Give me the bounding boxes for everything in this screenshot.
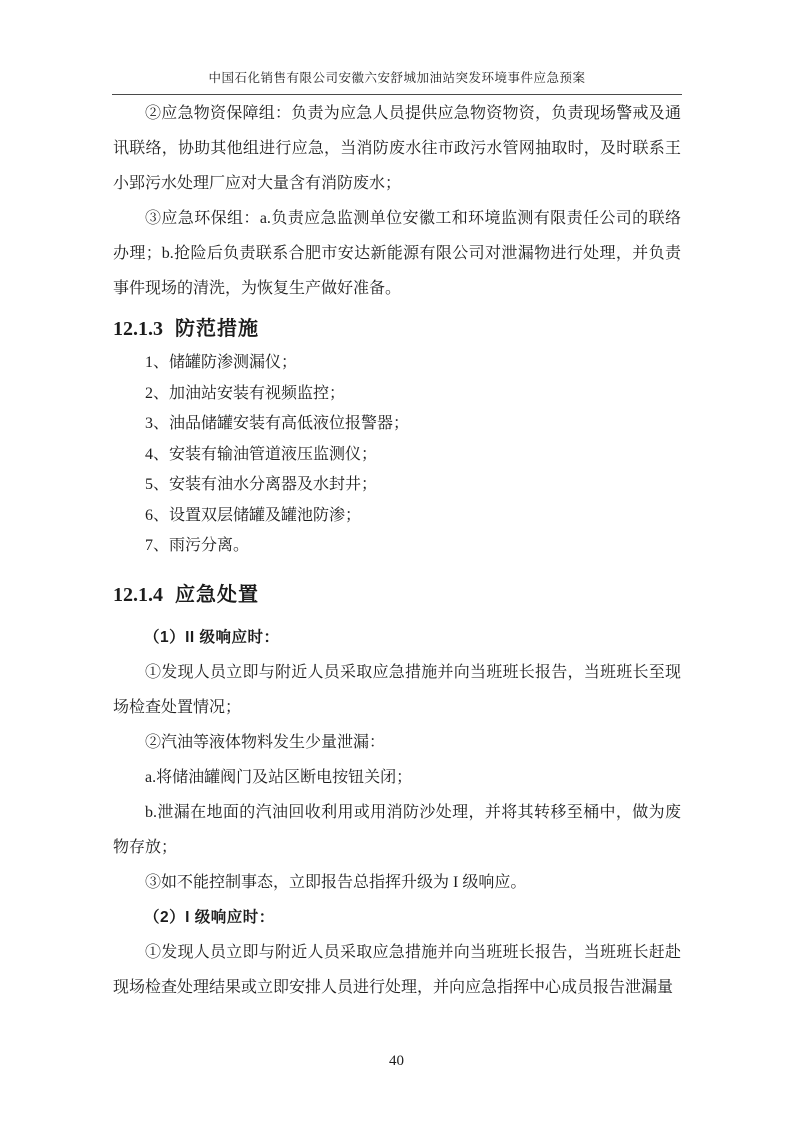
prevention-item: 4、安装有输油管道液压监测仪； [113,440,681,471]
section-number: 12.1.3 [113,318,163,340]
page-number: 40 [0,1053,793,1070]
document-page: 中国石化销售有限公司安徽六安舒城加油站突发环境事件应急预案 ②应急物资保障组：负… [0,0,793,1122]
prevention-item: 2、加油站安装有视频监控； [113,379,681,410]
para-level-i-step-1: ①发现人员立即与附近人员采取应急措施并向当班班长报告，当班班长赶赴现场检查处理结… [113,935,681,1005]
prevention-item: 1、储罐防渗测漏仪； [113,348,681,379]
prevention-item: 6、设置双层储罐及罐池防渗； [113,501,681,532]
para-level-ii-step-1: ①发现人员立即与附近人员采取应急措施并向当班班长报告，当班班长至现场检查处置情况… [113,655,681,725]
section-heading-12-1-4: 12.1.4 应急处置 [113,582,681,608]
para-level-ii-step-3: ③如不能控制事态，立即报告总指挥升级为 I 级响应。 [113,865,681,900]
para-level-ii-step-2b: b.泄漏在地面的汽油回收利用或用消防沙处理，并将其转移至桶中，做为废物存放； [113,795,681,865]
section-title: 应急处置 [175,584,259,606]
prevention-item: 7、雨污分离。 [113,531,681,562]
para-emergency-supplies-team: ②应急物资保障组：负责为应急人员提供应急物资物资，负责现场警戒及通讯联络，协助其… [113,96,681,201]
prevention-item: 5、安装有油水分离器及水封井； [113,470,681,501]
section-heading-12-1-3: 12.1.3 防范措施 [113,316,681,342]
subheading-level-ii-response: （1）II 级响应时： [113,620,681,655]
document-header-title: 中国石化销售有限公司安徽六安舒城加油站突发环境事件应急预案 [112,70,682,86]
prevention-measures-list: 1、储罐防渗测漏仪； 2、加油站安装有视频监控； 3、油品储罐安装有高低液位报警… [113,348,681,562]
prevention-item: 3、油品储罐安装有高低液位报警器； [113,409,681,440]
para-level-ii-step-2: ②汽油等液体物料发生少量泄漏： [113,725,681,760]
header-rule [112,94,682,95]
document-body: ②应急物资保障组：负责为应急人员提供应急物资物资，负责现场警戒及通讯联络，协助其… [113,96,681,1005]
para-emergency-environment-team: ③应急环保组：a.负责应急监测单位安徽工和环境监测有限责任公司的联络办理；b.抢… [113,201,681,306]
section-number: 12.1.4 [113,584,163,606]
subheading-level-i-response: （2）I 级响应时： [113,900,681,935]
section-title: 防范措施 [175,318,259,340]
para-level-ii-step-2a: a.将储油罐阀门及站区断电按钮关闭； [113,760,681,795]
